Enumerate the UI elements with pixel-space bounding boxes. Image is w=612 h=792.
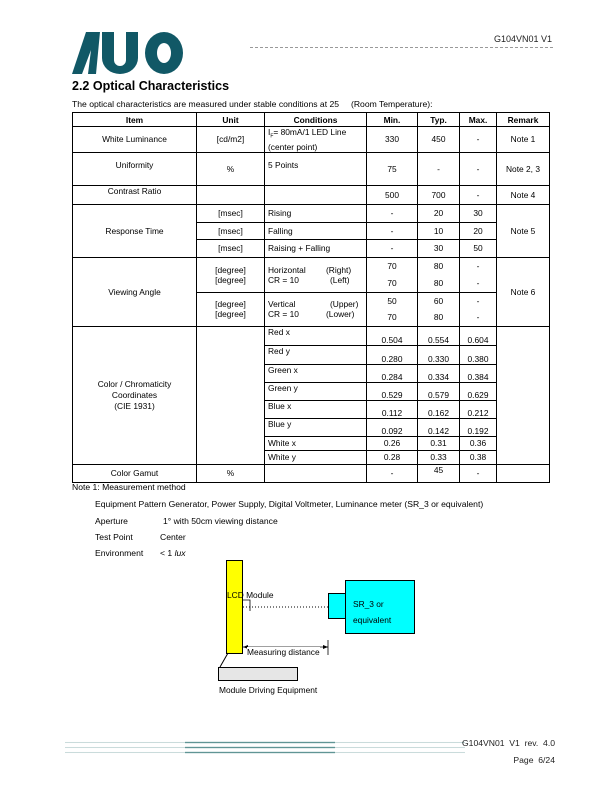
note1-environment: Environment< 1 lux: [95, 548, 186, 558]
cell-typ: 0.142: [418, 418, 460, 436]
cell-max: 0.38: [460, 450, 497, 464]
cell-typ: 20: [418, 204, 460, 222]
cell-unit: [197, 185, 265, 204]
cond-line2: (center point): [268, 142, 317, 152]
auo-logo: [72, 30, 184, 74]
footer-decoration: [185, 741, 335, 744]
cell-max: 0.629: [460, 382, 497, 400]
footer-page-number: Page 6/24: [513, 755, 555, 765]
cell-unit: %: [197, 152, 265, 185]
cell-min: 0.529: [367, 382, 418, 400]
module-driving-equipment-label: Module Driving Equipment: [219, 685, 317, 695]
cell-conditions: Vertical(Upper) CR = 10(Lower): [265, 292, 367, 326]
item-line: Color / Chromaticity: [98, 379, 172, 389]
cell-typ: 0.579: [418, 382, 460, 400]
cell-unit: %: [197, 464, 265, 482]
cell-remark: [497, 326, 550, 464]
cell-conditions: Blue x: [265, 400, 367, 418]
driving-equipment-shape: [219, 668, 298, 681]
unit-line: [degree]: [215, 265, 246, 275]
cell-item: Viewing Angle: [73, 257, 197, 326]
table-header-row: Item Unit Conditions Min. Typ. Max. Rema…: [73, 113, 550, 127]
cell-typ: 60: [418, 292, 460, 309]
note1-test-point: Test PointCenter: [95, 532, 186, 542]
header-min: Min.: [367, 113, 418, 127]
cell-typ: 45: [418, 464, 460, 482]
header-typ: Typ.: [418, 113, 460, 127]
cell-typ: 80: [418, 309, 460, 326]
cell-max: -: [460, 292, 497, 309]
cell-conditions: Red y: [265, 345, 367, 364]
cell-max: 20: [460, 222, 497, 239]
cell-max: -: [460, 185, 497, 204]
unit-line: [degree]: [215, 309, 246, 319]
cell-min: 0.284: [367, 364, 418, 382]
header-divider: [250, 47, 553, 48]
cell-min: 70: [367, 274, 418, 292]
note1-title: Note 1: Measurement method: [72, 482, 186, 492]
test-point-label: Test Point: [95, 532, 160, 542]
header-unit: Unit: [197, 113, 265, 127]
cell-min: -: [367, 222, 418, 239]
cell-max: 0.604: [460, 326, 497, 345]
cell-typ: 0.162: [418, 400, 460, 418]
cell-typ: 10: [418, 222, 460, 239]
cell-typ: 700: [418, 185, 460, 204]
cell-item: White Luminance: [73, 127, 197, 153]
cell-min: 0.112: [367, 400, 418, 418]
cell-unit: [degree] [degree]: [197, 257, 265, 292]
cell-min: 0.28: [367, 450, 418, 464]
cell-typ: 0.334: [418, 364, 460, 382]
cell-min: 70: [367, 257, 418, 274]
document-id: G104VN01 V1: [494, 34, 552, 44]
cell-conditions: 5 Points: [265, 152, 367, 185]
cell-min: -: [367, 239, 418, 257]
cell-typ: 0.31: [418, 436, 460, 450]
environment-unit: lux: [175, 548, 186, 558]
section-title: 2.2 Optical Characteristics: [72, 79, 229, 93]
cell-max: -: [460, 152, 497, 185]
table-row-viewing-horizontal-right: Viewing Angle [degree] [degree] Horizont…: [73, 257, 550, 274]
test-point-value: Center: [160, 532, 186, 542]
cell-min: -: [367, 464, 418, 482]
cell-min: 0.504: [367, 326, 418, 345]
measurement-diagram: [210, 555, 430, 700]
mount-line: [220, 653, 228, 667]
aperture-value: 1° with 50cm viewing distance: [163, 516, 278, 526]
cell-max: 50: [460, 239, 497, 257]
aperture-bracket: [243, 600, 250, 611]
cell-typ: 0.330: [418, 345, 460, 364]
cell-max: -: [460, 257, 497, 274]
cell-max: -: [460, 274, 497, 292]
cell-min: 50: [367, 292, 418, 309]
cell-item: Color / Chromaticity Coordinates (CIE 19…: [73, 326, 197, 464]
lcd-module-label: LCD Module: [227, 590, 274, 600]
cell-typ: 450: [418, 127, 460, 153]
cond-direction: Vertical: [268, 299, 330, 309]
cell-item: Contrast Ratio: [73, 185, 197, 204]
footer-document-revision: G104VN01 V1 rev. 4.0: [462, 738, 555, 748]
cond-side: (Right): [326, 265, 351, 275]
cell-conditions: Falling: [265, 222, 367, 239]
optical-characteristics-table: Item Unit Conditions Min. Typ. Max. Rema…: [72, 112, 550, 483]
aperture-label: Aperture: [95, 516, 163, 526]
cell-unit: [197, 326, 265, 464]
meter-label-line1: SR_3 or: [353, 599, 384, 609]
cell-conditions: Green x: [265, 364, 367, 382]
cell-conditions: Red x: [265, 326, 367, 345]
cell-min: 330: [367, 127, 418, 153]
arrow-right-icon: [323, 645, 328, 649]
header-conditions: Conditions: [265, 113, 367, 127]
cond-side: (Left): [330, 275, 350, 285]
cell-conditions: Rising: [265, 204, 367, 222]
cell-max: -: [460, 309, 497, 326]
item-line: (CIE 1931): [114, 401, 155, 411]
header-remark: Remark: [497, 113, 550, 127]
cell-typ: 0.554: [418, 326, 460, 345]
cell-remark: Note 1: [497, 127, 550, 153]
cell-remark: Note 2, 3: [497, 152, 550, 185]
cond-side: (Upper): [330, 299, 358, 309]
cell-unit: [degree] [degree]: [197, 292, 265, 326]
cell-max: 0.380: [460, 345, 497, 364]
cell-conditions: [265, 464, 367, 482]
cell-remark: Note 6: [497, 257, 550, 326]
cell-unit: [msec]: [197, 222, 265, 239]
cell-conditions: IF= 80mA/1 LED Line (center point): [265, 127, 367, 153]
unit-line: [degree]: [215, 275, 246, 285]
cell-min: 75: [367, 152, 418, 185]
cell-item: Color Gamut: [73, 464, 197, 482]
cell-min: 0.26: [367, 436, 418, 450]
table-row-contrast: Contrast Ratio 500 700 - Note 4: [73, 185, 550, 204]
cell-conditions: Horizontal(Right) CR = 10(Left): [265, 257, 367, 292]
meter-lens-shape: [329, 594, 346, 619]
cond-cr: CR = 10: [268, 275, 330, 285]
intro-text: The optical characteristics are measured…: [72, 99, 432, 109]
header-item: Item: [73, 113, 197, 127]
cell-typ: 0.33: [418, 450, 460, 464]
cell-remark: Note 5: [497, 204, 550, 257]
cell-max: 0.212: [460, 400, 497, 418]
cell-min: -: [367, 204, 418, 222]
cell-item: Response Time: [73, 204, 197, 257]
cell-min: 500: [367, 185, 418, 204]
cell-max: 0.192: [460, 418, 497, 436]
table-row-chroma: Color / Chromaticity Coordinates (CIE 19…: [73, 326, 550, 345]
header-max: Max.: [460, 113, 497, 127]
cell-min: 0.280: [367, 345, 418, 364]
cell-conditions: [265, 185, 367, 204]
cell-typ: 80: [418, 257, 460, 274]
cell-min: 0.092: [367, 418, 418, 436]
table-row-white-luminance: White Luminance [cd/m2] IF= 80mA/1 LED L…: [73, 127, 550, 153]
lcd-module-shape: [227, 561, 243, 654]
unit-line: [degree]: [215, 299, 246, 309]
cell-unit: [cd/m2]: [197, 127, 265, 153]
cell-typ: 80: [418, 274, 460, 292]
meter-label-line2: equivalent: [353, 615, 391, 625]
measuring-distance-label: Measuring distance: [247, 647, 320, 657]
environment-label: Environment: [95, 548, 160, 558]
cond-direction: Horizontal: [268, 265, 326, 275]
cell-unit: [msec]: [197, 239, 265, 257]
cond-rest: = 80mA/1 LED Line: [273, 127, 346, 137]
cell-max: -: [460, 127, 497, 153]
cell-remark: [497, 464, 550, 482]
table-row-response-rising: Response Time [msec] Rising - 20 30 Note…: [73, 204, 550, 222]
cell-unit: [msec]: [197, 204, 265, 222]
cell-conditions: Green y: [265, 382, 367, 400]
cell-min: 70: [367, 309, 418, 326]
table-row-color-gamut: Color Gamut % - 45 -: [73, 464, 550, 482]
table-row-uniformity: Uniformity % 5 Points 75 - - Note 2, 3: [73, 152, 550, 185]
cell-conditions: Blue y: [265, 418, 367, 436]
cell-remark: Note 4: [497, 185, 550, 204]
cond-side: (Lower): [326, 309, 354, 319]
environment-value: < 1: [160, 548, 175, 558]
footer-decoration: [185, 751, 335, 754]
cell-typ: -: [418, 152, 460, 185]
cell-conditions: White y: [265, 450, 367, 464]
note1-equipment: Equipment Pattern Generator, Power Suppl…: [95, 499, 483, 509]
cell-typ: 30: [418, 239, 460, 257]
item-line: Coordinates: [112, 390, 157, 400]
cond-cr: CR = 10: [268, 309, 326, 319]
cell-conditions: White x: [265, 436, 367, 450]
cell-max: 0.384: [460, 364, 497, 382]
cell-item: Uniformity: [73, 152, 197, 185]
cell-max: 30: [460, 204, 497, 222]
cell-max: 0.36: [460, 436, 497, 450]
cell-conditions: Raising + Falling: [265, 239, 367, 257]
cell-max: -: [460, 464, 497, 482]
footer-decoration: [185, 746, 335, 749]
note1-aperture: Aperture1° with 50cm viewing distance: [95, 516, 278, 526]
